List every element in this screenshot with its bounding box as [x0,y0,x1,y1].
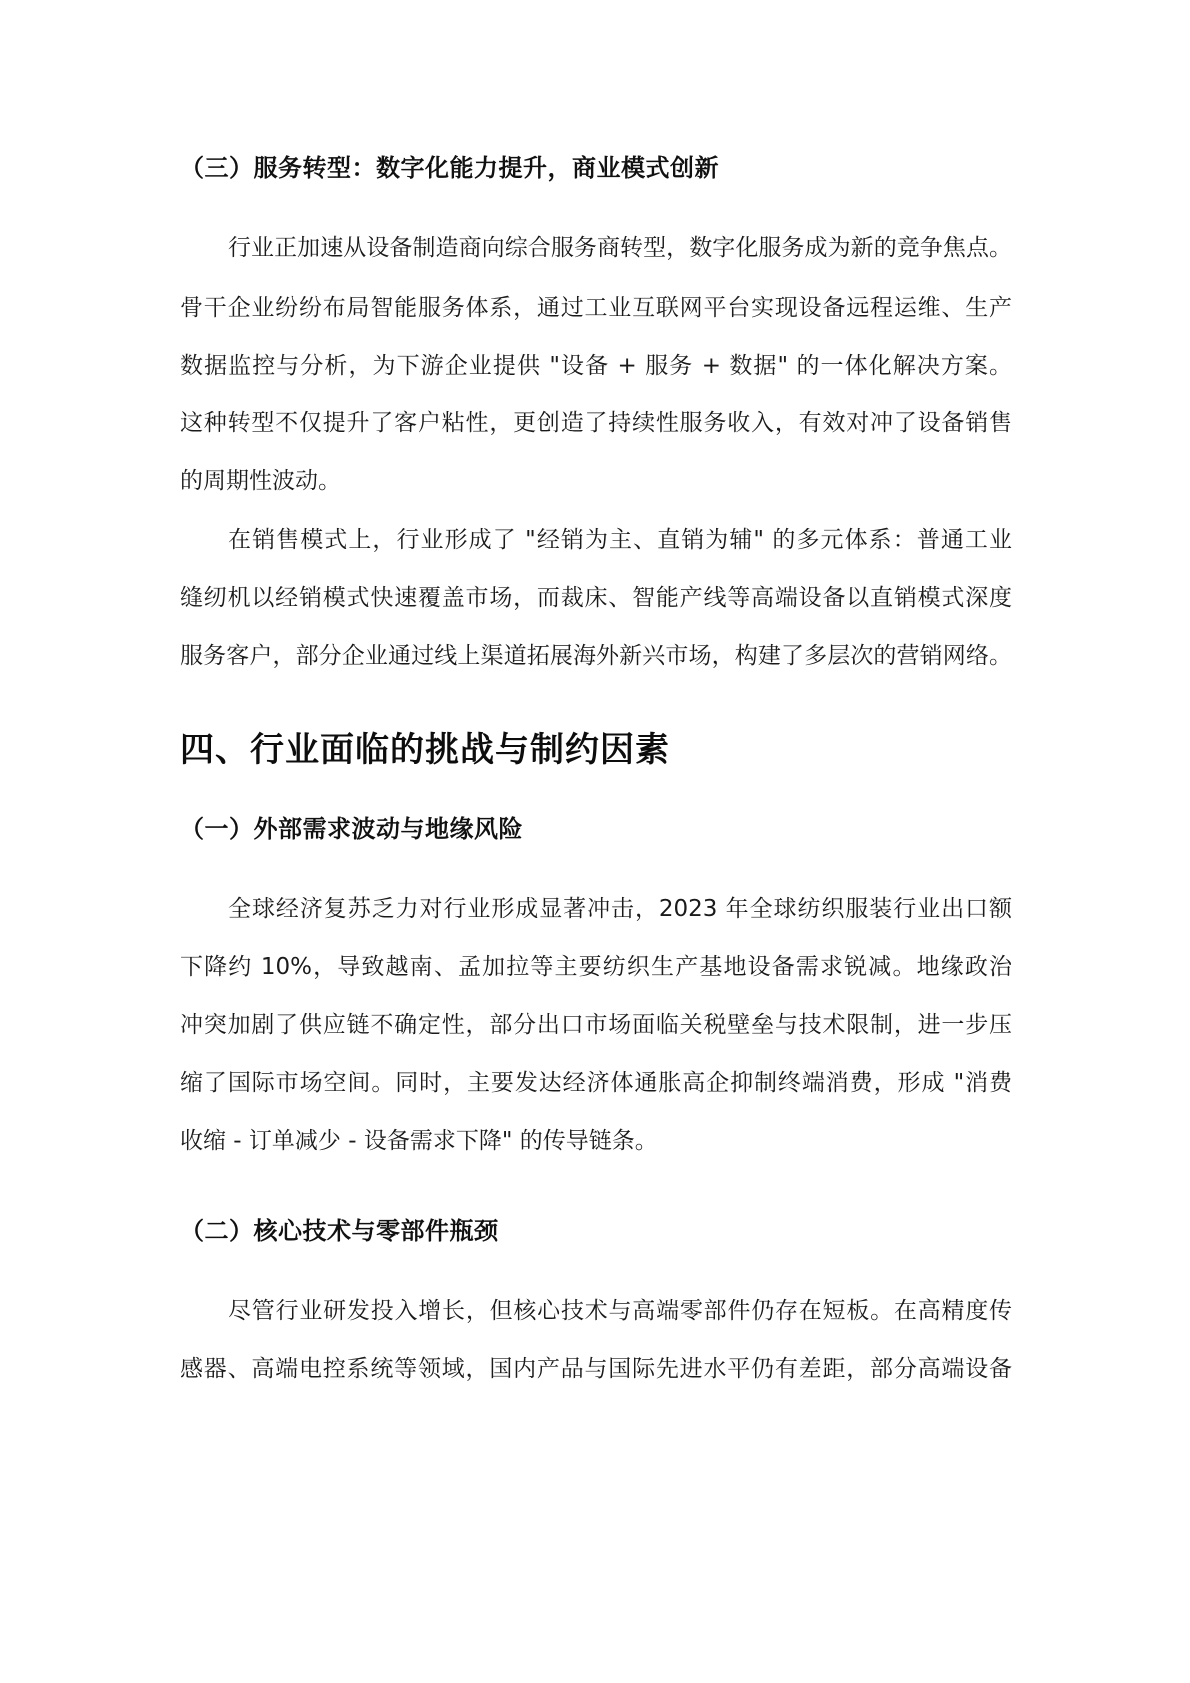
paragraph-line: 这种转型不仅提升了客户粘性，更创造了持续性服务收入，有效对冲了设备销售 [180,408,1012,438]
paragraph-line: 冲突加剧了供应链不确定性，部分出口市场面临关税壁垒与技术限制，进一步压 [180,1010,1012,1040]
document-page: （三）服务转型：数字化能力提升，商业模式创新 行业正加速从设备制造商向综合服务商… [0,0,1190,1683]
paragraph-line: 行业正加速从设备制造商向综合服务商转型，数字化服务成为新的竞争焦点。 [228,233,1012,263]
paragraph-line: 数据监控与分析，为下游企业提供 "设备 + 服务 + 数据" 的一体化解决方案。 [180,351,1012,381]
paragraph-line: 感器、高端电控系统等领域，国内产品与国际先进水平仍有差距，部分高端设备 [180,1354,1012,1384]
section-heading-service-transformation: （三）服务转型：数字化能力提升，商业模式创新 [180,148,719,183]
paragraph-line: 服务客户，部分企业通过线上渠道拓展海外新兴市场，构建了多层次的营销网络。 [180,641,1012,671]
paragraph-line: 缩了国际市场空间。同时，主要发达经济体通胀高企抑制终端消费，形成 "消费 [180,1068,1012,1098]
chapter-heading-challenges: 四、行业面临的挑战与制约因素 [180,722,670,771]
paragraph-line: 骨干企业纷纷布局智能服务体系，通过工业互联网平台实现设备远程运维、生产 [180,293,1012,323]
paragraph-line: 的周期性波动。 [180,466,1012,496]
paragraph-line: 缝纫机以经销模式快速覆盖市场，而裁床、智能产线等高端设备以直销模式深度 [180,583,1012,613]
section-heading-core-technology: （二）核心技术与零部件瓶颈 [180,1211,499,1246]
paragraph-line: 在销售模式上，行业形成了 "经销为主、直销为辅" 的多元体系：普通工业 [228,525,1012,555]
paragraph-line: 全球经济复苏乏力对行业形成显著冲击，2023 年全球纺织服装行业出口额 [228,894,1012,924]
paragraph-line: 收缩 - 订单减少 - 设备需求下降" 的传导链条。 [180,1126,1012,1156]
paragraph-line: 尽管行业研发投入增长，但核心技术与高端零部件仍存在短板。在高精度传 [228,1296,1012,1326]
paragraph-line: 下降约 10%，导致越南、孟加拉等主要纺织生产基地设备需求锐减。地缘政治 [180,952,1012,982]
section-heading-external-demand: （一）外部需求波动与地缘风险 [180,809,523,844]
